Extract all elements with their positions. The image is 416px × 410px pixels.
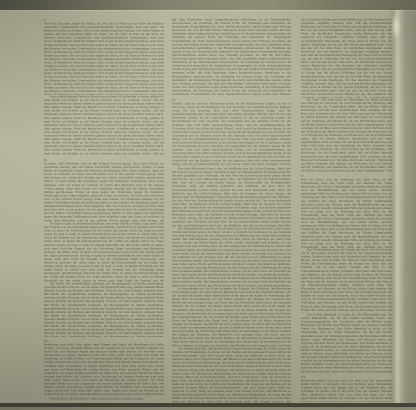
section-numeral: II. — [44, 155, 164, 162]
text-paragraph: Beethoven befand sich also recht bei dem… — [301, 379, 392, 402]
text-paragraph: In besonderem war die Missa solemnis das… — [172, 287, 291, 347]
page-right-edge-shade — [388, 10, 416, 403]
text-paragraph: Beethoven kam zehn Jahre später ohne Nam… — [44, 343, 164, 397]
text-paragraph: Im Jahre 1823 kam nach der Vollendung de… — [301, 98, 392, 172]
text-paragraph: Nur drei Tatsachen angibt der Mann, der … — [44, 22, 164, 95]
page-edge-highlight — [392, 12, 400, 40]
text-paragraph: Das erste Bekenntnis jener Jahre, die Bu… — [172, 167, 291, 227]
text-paragraph: Sein anderes eigenes Werk hat Beethoven … — [44, 95, 164, 155]
text-paragraph: Der Freund berichtet, daß Beethoven in d… — [172, 347, 291, 403]
text-paragraph: Die Skizzenbücher verraten, wie aus dem … — [172, 227, 291, 287]
text-paragraph: Überall, auch in und um Beethoven herum,… — [172, 102, 291, 167]
text-column-middle: mit dem Ergebnisse seiner kompositorisch… — [172, 18, 291, 403]
page-top-edge-shadow — [0, 0, 416, 10]
book-page-photo: I.Nur drei Tatsachen angibt der Mann, de… — [0, 0, 416, 410]
text-paragraph: Die Überlieferung nennt die Namen der Är… — [301, 248, 392, 313]
text-paragraph: In vielen alten Berichten wird es mit an… — [44, 162, 164, 222]
text-paragraph: Den Erben hinterließ er nichts als die M… — [301, 313, 392, 373]
text-paragraph: der kirchlichen Zeremonien wurde Beethov… — [301, 18, 392, 98]
text-paragraph: Es liegt so nahe, in diesem Entschluß nu… — [44, 222, 164, 282]
text-paragraph: Wie bei allem, was die Erfahrung der Jah… — [301, 178, 392, 248]
text-column-right: der kirchlichen Zeremonien wurde Beethov… — [301, 18, 392, 403]
text-paragraph: mit dem Ergebnisse seiner kompositorisch… — [172, 18, 291, 95]
text-column-left: I.Nur drei Tatsachen angibt der Mann, de… — [44, 17, 164, 403]
text-paragraph: Die Briefe der Unsterblichen Geliebten, … — [44, 282, 164, 337]
section-numeral: IV. — [172, 95, 291, 102]
